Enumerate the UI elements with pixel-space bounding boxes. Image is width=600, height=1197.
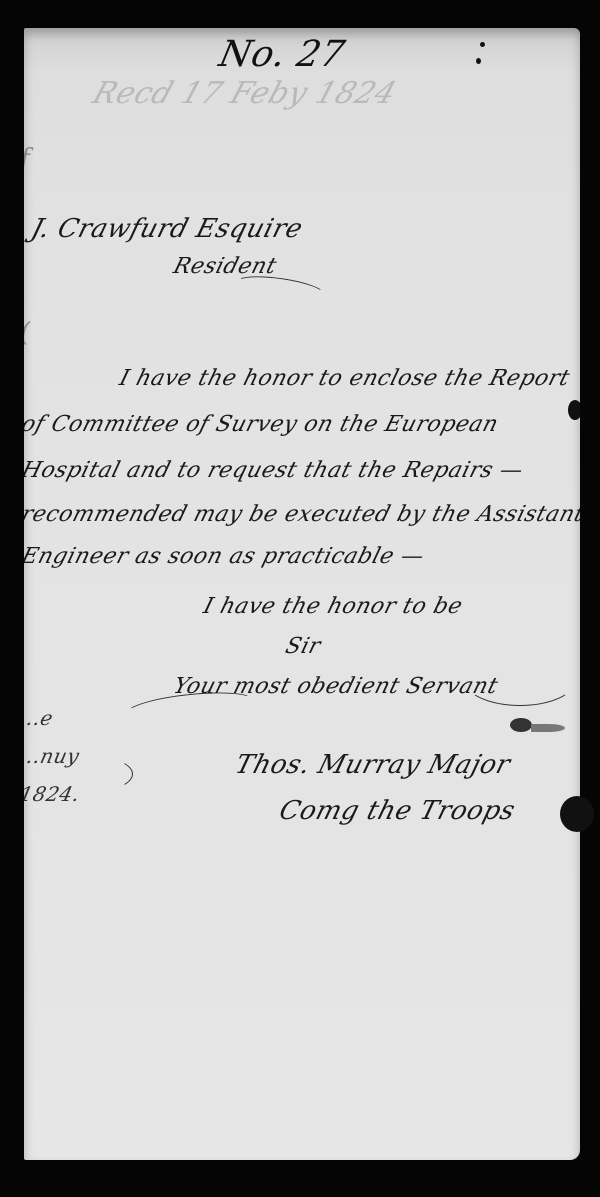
body-line-1: I have the honor to enclose the Report	[117, 366, 573, 391]
closing-flourish-left	[123, 687, 257, 729]
document-number: No. 27	[216, 34, 349, 75]
document-scan: No. 27 Recd 17 Feby 1824 f ( J. Crawfurd…	[0, 0, 600, 1197]
closing-flourish-right	[464, 654, 576, 706]
binding-hole	[560, 796, 594, 832]
addressee-flourish	[233, 272, 327, 307]
ink-blot	[568, 400, 580, 420]
margin-note-bracket	[41, 755, 133, 793]
letter-page: No. 27 Recd 17 Feby 1824 f ( J. Crawfurd…	[24, 28, 580, 1160]
body-line-3: Hospital and to request that the Repairs…	[24, 458, 526, 483]
margin-note-line-1: ...e	[24, 706, 55, 730]
received-date-note: Recd 17 Feby 1824	[88, 76, 400, 111]
ink-smear-tail	[531, 724, 565, 732]
body-line-5: Engineer as soon as practicable —	[24, 544, 427, 569]
closing-salutation: Sir	[283, 634, 324, 659]
addressee-name: J. Crawfurd Esquire	[28, 214, 306, 244]
addressee-title: Resident	[171, 254, 280, 279]
margin-mark-2: (	[24, 318, 31, 348]
body-line-2: of Committee of Survey on the European	[24, 412, 501, 437]
margin-mark-1: f	[24, 144, 30, 174]
ink-smear	[510, 718, 532, 732]
body-line-4: recommended may be executed by the Assis…	[24, 502, 580, 527]
signature-name: Thos. Murray Major	[232, 750, 514, 780]
speck	[476, 58, 481, 64]
closing-line-1: I have the honor to be	[201, 594, 466, 619]
signature-rank: Comg the Troops	[276, 796, 519, 826]
speck	[480, 42, 485, 47]
